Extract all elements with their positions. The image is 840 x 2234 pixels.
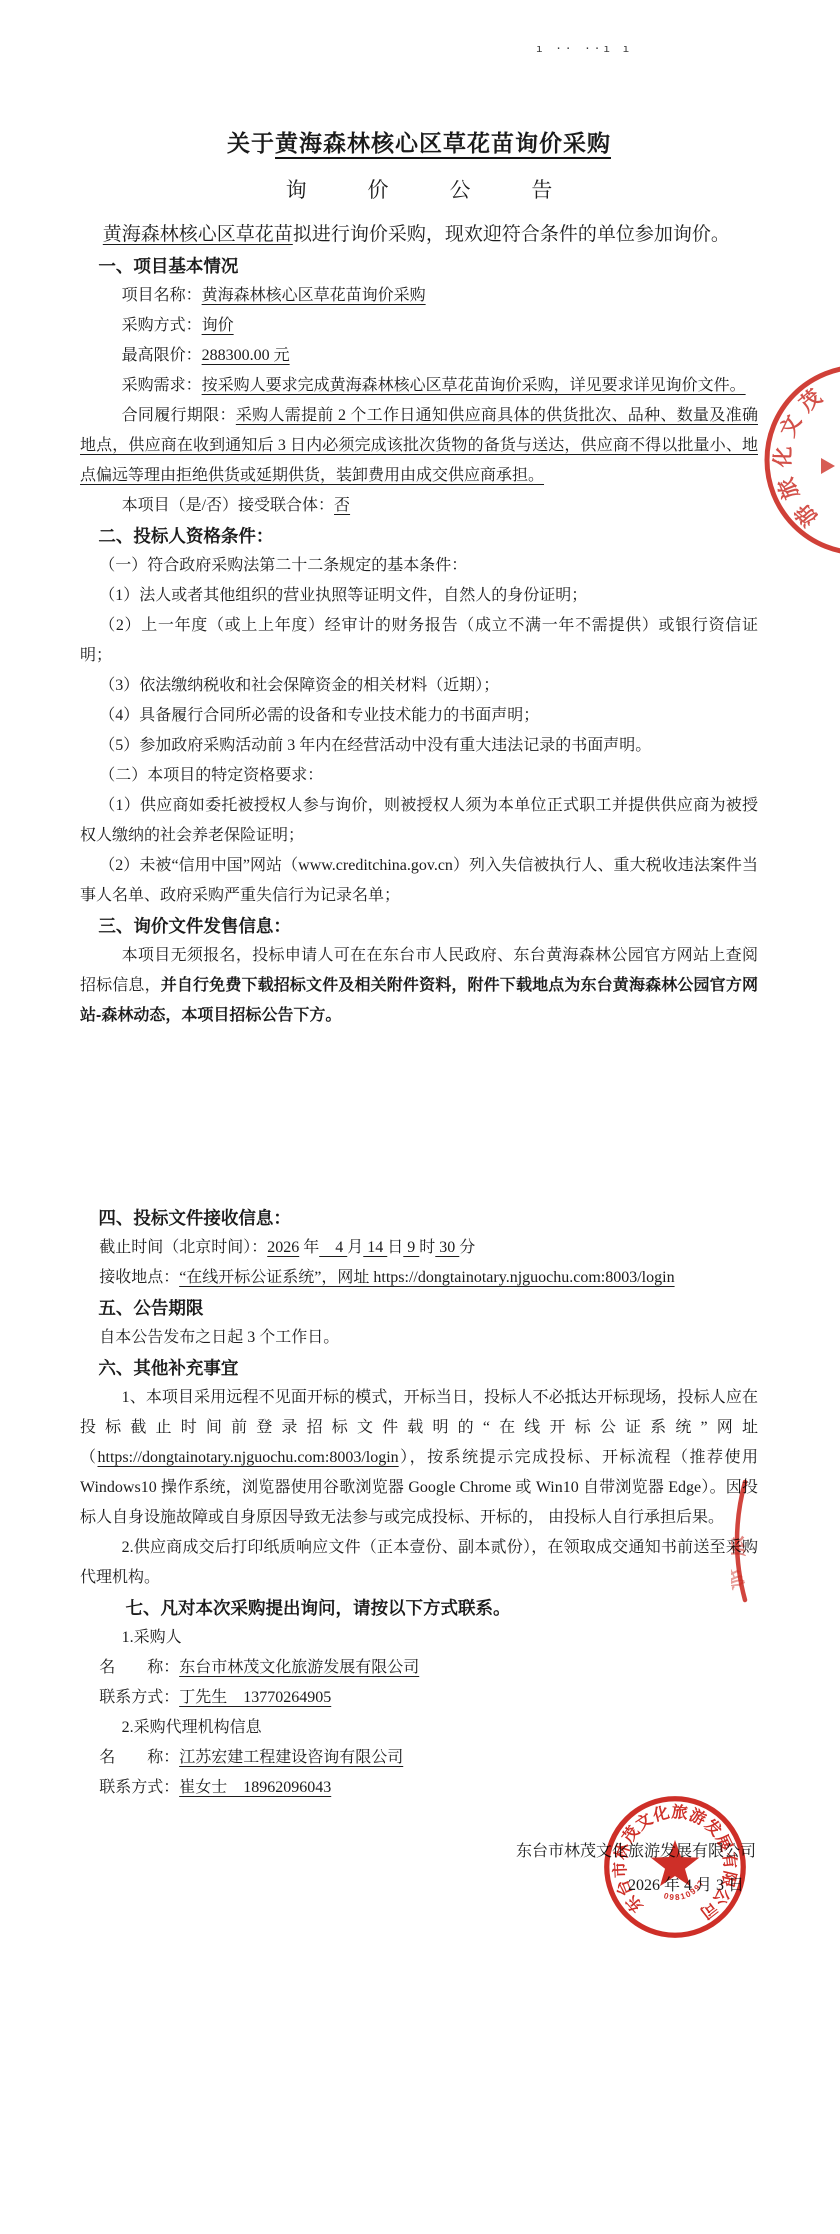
section-gap [80, 1031, 758, 1203]
specific-item-2: （2）未被“信用中国”网站（www.creditchina.gov.cn）列入失… [80, 851, 758, 911]
document-content: 关于黄海森林核心区草花苗询价采购 询 价 公 告 黄海森林核心区草花苗拟进行询价… [80, 0, 758, 1901]
partial-seal-star-tip-icon [821, 458, 835, 474]
partial-seal-char: 化 [772, 446, 796, 469]
text-segment: 项目名称： [122, 287, 202, 304]
max-price-line: 最高限价：288300.00 元 [80, 341, 758, 371]
text-segment: 三、询价文件发售信息： [98, 916, 291, 936]
project-name-line: 项目名称：黄海森林核心区草花苗询价采购 [80, 281, 758, 311]
text-segment: 四、投标文件接收信息： [98, 1208, 291, 1228]
text-segment: 崔女士 18962096043 [179, 1779, 331, 1796]
document-release-paragraph: 本项目无须报名，投标申请人可在在东台市人民政府、东台黄海森林公园官方网站上查阅招… [80, 941, 758, 1031]
partial-seal-stamp-lower: 旅 游 [731, 1396, 840, 1686]
text-segment: 拟进行询价采购，现欢迎符合条件的单位参加询价。 [293, 224, 730, 245]
deadline-line: 截止时间（北京时间）：2026 年 4 月 14 日 9 时 30 分 [80, 1233, 758, 1263]
text-segment: 并自行免费下载招标文件及相关附件资料，附件下载地点为东台黄海森林公园官方网站-森… [80, 977, 758, 1024]
seal-star-icon [651, 1840, 699, 1886]
text-segment: 最高限价： [122, 347, 202, 364]
text-segment: （1）法人或者其他组织的营业执照等证明文件，自然人的身份证明； [99, 587, 587, 604]
text-segment: 288300.00 元 [202, 347, 290, 364]
text-segment: 2026 [267, 1239, 299, 1256]
text-segment: 分 [459, 1239, 475, 1256]
receive-location-line: 接收地点：“在线开标公证系统”，网址 https://dongtainotary… [80, 1263, 758, 1293]
qualification-item-5: （5）参加政府采购活动前 3 年内在经营活动中没有重大违法记录的书面声明。 [80, 731, 758, 761]
text-segment: 本项目（是/否）接受联合体： [122, 497, 334, 514]
text-segment: 联系方式： [99, 1689, 179, 1706]
document-body: 黄海森林核心区草花苗拟进行询价采购，现欢迎符合条件的单位参加询价。一、项目基本情… [80, 218, 758, 1803]
qualification-specific-heading: （二）本项目的特定资格要求： [80, 761, 758, 791]
text-segment: 2.采购代理机构信息 [122, 1719, 262, 1736]
text-segment: 30 [435, 1239, 459, 1256]
text-segment: “在线开标公证系统”，网址 https://dongtainotary.njgu… [179, 1269, 674, 1286]
text-segment: 六、其他补充事宜 [98, 1358, 238, 1378]
text-segment: 按采购人要求完成黄海森林核心区草花苗询价采购，详见要求详见询价文件。 [202, 377, 746, 394]
partial-seal-char: 游 [731, 1564, 749, 1593]
announcement-period-line: 自本公告发布之日起 3 个工作日。 [80, 1323, 758, 1353]
agency-heading: 2.采购代理机构信息 [80, 1713, 758, 1743]
text-segment: 时 [419, 1239, 435, 1256]
section-3-heading: 三、询价文件发售信息： [80, 911, 758, 941]
title-underlined-text: 黄海森林核心区草花苗询价采购 [275, 130, 611, 159]
section-6-heading: 六、其他补充事宜 [80, 1353, 758, 1383]
partial-seal-char: 旅 [731, 1535, 749, 1558]
partial-seal-stamp-upper: 茂 文 化 旅 游 [763, 358, 840, 568]
section-1-heading: 一、项目基本情况 [80, 251, 758, 281]
text-segment: 年 [299, 1239, 319, 1256]
text-segment: 合同履行期限： [122, 407, 236, 424]
document-title: 关于黄海森林核心区草花苗询价采购 [80, 128, 758, 158]
text-segment: （5）参加政府采购活动前 3 年内在经营活动中没有重大违法记录的书面声明。 [99, 737, 651, 754]
text-segment: 名 称： [99, 1659, 179, 1676]
procurement-demand-line: 采购需求：按采购人要求完成黄海森林核心区草花苗询价采购，详见要求详见询价文件。 [80, 371, 758, 401]
section-5-heading: 五、公告期限 [80, 1293, 758, 1323]
text-segment: 采购需求： [122, 377, 202, 394]
text-segment: （二）本项目的特定资格要求： [99, 767, 323, 784]
text-segment: 截止时间（北京时间）： [99, 1239, 267, 1256]
document-page: ı ·· ··ı ı 关于黄海森林核心区草花苗询价采购 询 价 公 告 黄海森林… [0, 0, 840, 2234]
intro-paragraph: 黄海森林核心区草花苗拟进行询价采购，现欢迎符合条件的单位参加询价。 [80, 218, 758, 251]
text-segment: 14 [363, 1239, 387, 1256]
agency-name-line: 名 称：江苏宏建工程建设咨询有限公司 [80, 1743, 758, 1773]
text-segment: （一）符合政府采购法第二十二条规定的基本条件： [99, 557, 467, 574]
announcement-type-heading: 询 价 公 告 [80, 175, 758, 205]
text-segment: 联系方式： [99, 1779, 179, 1796]
qualification-item-2: （2）上一年度（或上上年度）经审计的财务报告（成立不满一年不需提供）或银行资信证… [80, 611, 758, 671]
text-segment: 黄海森林核心区草花苗 [103, 224, 293, 245]
text-segment: 二、投标人资格条件： [98, 526, 273, 546]
text-segment: 9 [403, 1239, 419, 1256]
text-segment: 江苏宏建工程建设咨询有限公司 [179, 1749, 403, 1766]
qualification-basic-heading: （一）符合政府采购法第二十二条规定的基本条件： [80, 551, 758, 581]
text-segment: 接收地点： [99, 1269, 179, 1286]
text-segment: （3）依法缴纳税收和社会保障资金的相关材料（近期）； [99, 677, 499, 694]
text-segment: （2）未被“信用中国”网站（www.creditchina.gov.cn）列入失… [80, 857, 758, 904]
section-7-heading: 七、凡对本次采购提出询问，请按以下方式联系。 [80, 1593, 758, 1623]
section-2-heading: 二、投标人资格条件： [80, 521, 758, 551]
purchaser-heading: 1.采购人 [80, 1623, 758, 1653]
title-prefix: 关于 [227, 130, 275, 156]
text-segment: 黄海森林核心区草花苗询价采购 [202, 287, 426, 304]
qualification-item-4: （4）具备履行合同所必需的设备和专业技术能力的书面声明； [80, 701, 758, 731]
qualification-item-1: （1）法人或者其他组织的营业执照等证明文件，自然人的身份证明； [80, 581, 758, 611]
contract-period-paragraph: 合同履行期限：采购人需提前 2 个工作日通知供应商具体的供货批次、品种、数量及准… [80, 401, 758, 491]
text-segment: 七、凡对本次采购提出询问，请按以下方式联系。 [126, 1598, 511, 1618]
supplement-item-1: 1、本项目采用远程不见面开标的模式，开标当日，投标人不必抵达开标现场，投标人应在… [80, 1383, 758, 1533]
text-segment: （2）上一年度（或上上年度）经审计的财务报告（成立不满一年不需提供）或银行资信证… [80, 617, 758, 664]
text-segment: 否 [334, 497, 350, 514]
text-segment: （4）具备履行合同所必需的设备和专业技术能力的书面声明； [99, 707, 539, 724]
supplement-item-2: 2.供应商成交后打印纸质响应文件（正本壹份、副本贰份），在领取成交通知书前送至采… [80, 1533, 758, 1593]
text-segment: 采购方式： [122, 317, 202, 334]
section-4-heading: 四、投标文件接收信息： [80, 1203, 758, 1233]
text-segment: 名 称： [99, 1749, 179, 1766]
specific-item-1: （1）供应商如委托被授权人参与询价，则被授权人须为本单位正式职工并提供供应商为被… [80, 791, 758, 851]
text-segment: 4 [319, 1239, 347, 1256]
purchaser-name-line: 名 称：东台市林茂文化旅游发展有限公司 [80, 1653, 758, 1683]
consortium-line: 本项目（是/否）接受联合体：否 [80, 491, 758, 521]
purchaser-contact-line: 联系方式：丁先生 13770264905 [80, 1683, 758, 1713]
text-segment: https://dongtainotary.njguochu.com:8003/… [98, 1449, 399, 1466]
text-segment: 自本公告发布之日起 3 个工作日。 [99, 1329, 339, 1346]
text-segment: （1）供应商如委托被授权人参与询价，则被授权人须为本单位正式职工并提供供应商为被… [80, 797, 758, 844]
text-segment: 月 [347, 1239, 363, 1256]
text-segment: 丁先生 13770264905 [179, 1689, 331, 1706]
text-segment: 东台市林茂文化旅游发展有限公司 [179, 1659, 419, 1676]
text-segment: 2.供应商成交后打印纸质响应文件（正本壹份、副本贰份），在领取成交通知书前送至采… [80, 1539, 758, 1586]
text-segment: 日 [387, 1239, 403, 1256]
qualification-item-3: （3）依法缴纳税收和社会保障资金的相关材料（近期）； [80, 671, 758, 701]
procurement-method-line: 采购方式：询价 [80, 311, 758, 341]
text-segment: 询价 [202, 317, 234, 334]
text-segment: 一、项目基本情况 [98, 256, 238, 276]
text-segment: 五、公告期限 [98, 1298, 203, 1318]
text-segment: 1.采购人 [122, 1629, 182, 1646]
official-seal-stamp: 东台市林茂文化旅游发展有限公司 09810997008 [600, 1792, 750, 1942]
